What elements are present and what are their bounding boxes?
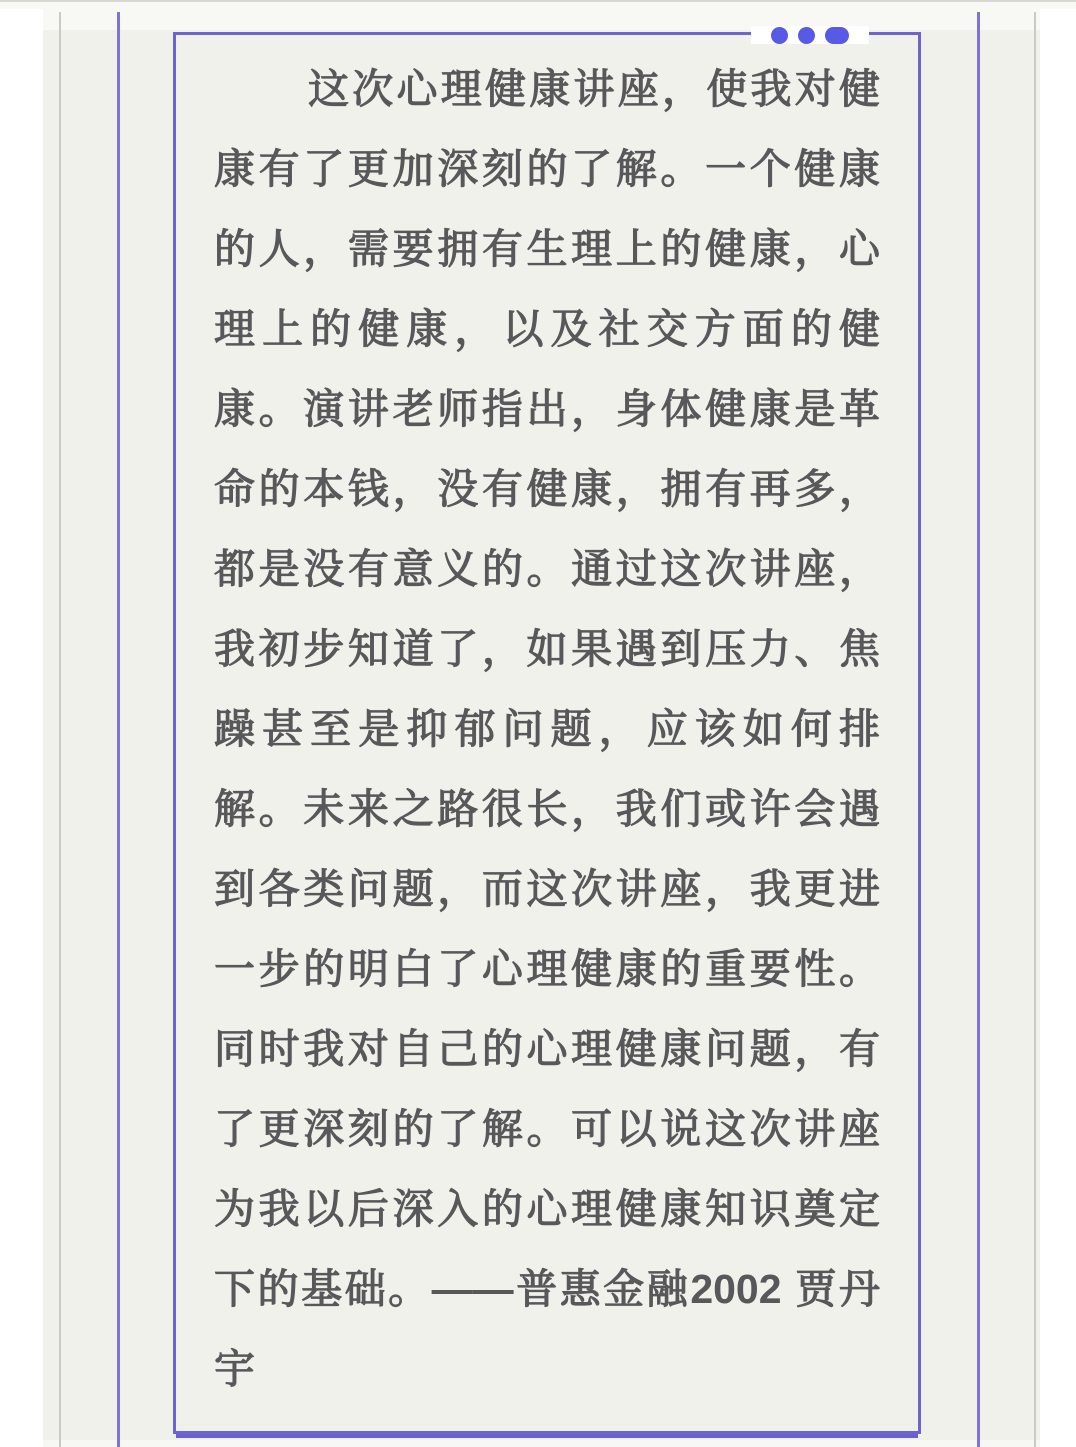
text-line: 理上的健康，以及社交方面的健 — [214, 289, 880, 369]
text-line: 躁甚至是抑郁问题，应该如何排 — [214, 689, 880, 769]
content-card: 这次心理健康讲座，使我对健 康有了更加深刻的了解。一个健康 的人，需要拥有生理上… — [173, 32, 921, 1434]
right-page-gutter — [1040, 9, 1076, 1447]
text-line: 这次心理健康讲座，使我对健 — [214, 49, 880, 129]
top-separator-band — [0, 2, 1076, 30]
right-gray-rule — [1034, 12, 1036, 1447]
text-line: 我初步知道了，如果遇到压力、焦 — [214, 609, 880, 689]
dots-decoration — [751, 26, 869, 44]
text-line: 为我以后深入的心理健康知识奠定 — [214, 1169, 880, 1249]
right-purple-rule — [977, 12, 980, 1447]
dot-circle-icon — [798, 27, 815, 44]
bottom-separator-band — [0, 1440, 1076, 1447]
text-line: 了更深刻的了解。可以说这次讲座 — [214, 1089, 880, 1169]
text-line: 的人，需要拥有生理上的健康，心 — [214, 209, 880, 289]
text-line: 命的本钱，没有健康，拥有再多， — [214, 449, 880, 529]
article-paragraph: 这次心理健康讲座，使我对健 康有了更加深刻的了解。一个健康 的人，需要拥有生理上… — [214, 49, 880, 1409]
dot-pill-icon — [825, 27, 849, 44]
left-purple-rule — [117, 12, 120, 1447]
text-line: 都是没有意义的。通过这次讲座， — [214, 529, 880, 609]
text-line: 下的基础。——普惠金融2002 贾丹 — [214, 1249, 880, 1329]
text-line: 一步的明白了心理健康的重要性。 — [214, 929, 880, 1009]
text-line: 到各类问题，而这次讲座，我更进 — [214, 849, 880, 929]
text-line: 康有了更加深刻的了解。一个健康 — [214, 129, 880, 209]
dot-circle-icon — [771, 27, 788, 44]
text-line: 康。演讲老师指出，身体健康是革 — [214, 369, 880, 449]
left-page-gutter — [0, 9, 43, 1447]
left-gray-rule — [59, 12, 61, 1447]
text-line: 同时我对自己的心理健康问题，有 — [214, 1009, 880, 1089]
text-line: 解。未来之路很长，我们或许会遇 — [214, 769, 880, 849]
text-line: 宇 — [214, 1329, 880, 1409]
